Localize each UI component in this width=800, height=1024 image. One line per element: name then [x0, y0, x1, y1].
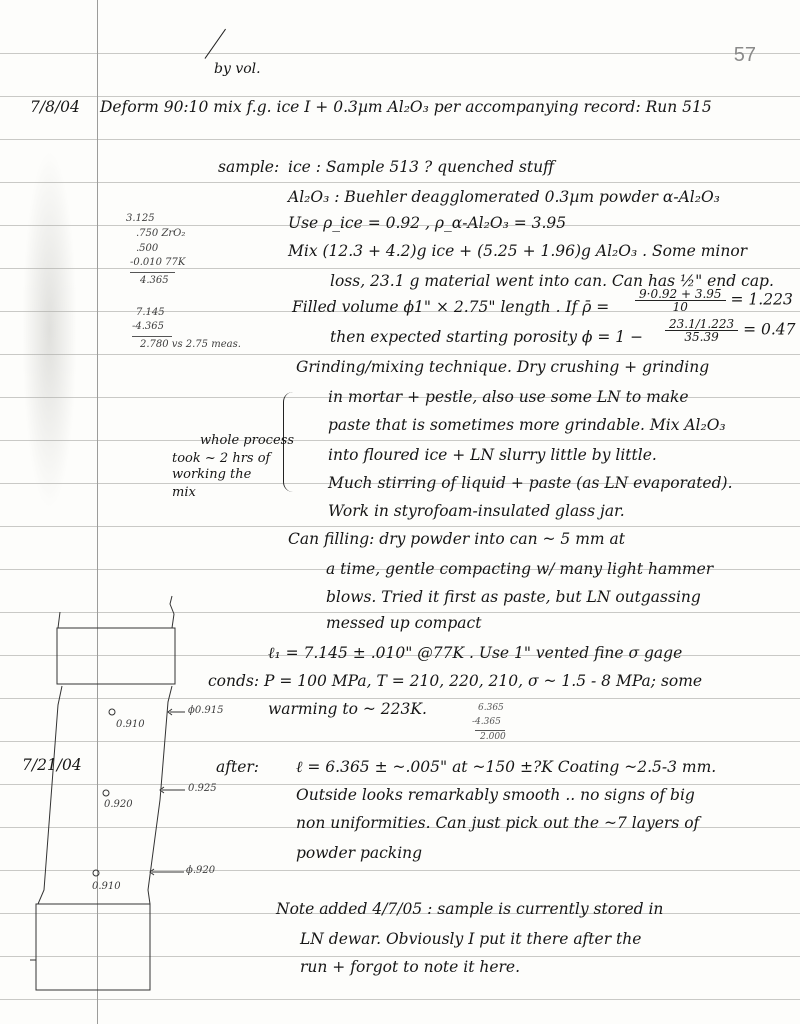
- annotation-by-vol: by vol.: [214, 62, 261, 76]
- inline-calc: 2.000: [480, 733, 506, 742]
- margin-calc: -0.010 77K: [130, 258, 185, 268]
- margin-calc: 2.780 vs 2.75 meas.: [140, 340, 241, 350]
- margin-calc: 4.365: [140, 276, 169, 286]
- side-note-line: whole process: [200, 434, 294, 447]
- calc-rule: [130, 272, 175, 273]
- note-line: paste that is sometimes more grindable. …: [328, 418, 726, 434]
- note-line: a time, gentle compacting w/ many light …: [326, 562, 713, 578]
- entry-title: Deform 90:10 mix f.g. ice I + 0.3µm Al₂O…: [100, 100, 712, 116]
- sample-label: sample:: [218, 160, 279, 176]
- sketch-center-label: 0.910: [116, 720, 145, 730]
- note-line: Outside looks remarkably smooth .. no si…: [296, 788, 695, 804]
- note-line: Use ρ_ice = 0.92 , ρ_α-Al₂O₃ = 3.95: [288, 216, 566, 232]
- sketch-diameter-label: ϕ0.915: [188, 706, 223, 716]
- later-note-line: Note added 4/7/05 : sample is currently …: [276, 902, 663, 918]
- sketch-center-label: 0.920: [104, 800, 133, 810]
- notebook-page: 57 by vol. 7/8/04 Deform 90:10 mix f.g. …: [0, 0, 800, 1024]
- margin-calc: -4.365: [132, 322, 164, 332]
- inline-calc: -4.365: [472, 718, 501, 727]
- note-line: messed up compact: [326, 616, 481, 632]
- note-line: Much stirring of liquid + paste (as LN e…: [328, 476, 733, 492]
- margin-calc: 7.145: [136, 308, 165, 318]
- inline-calc: 6.365: [478, 704, 504, 713]
- note-line: blows. Tried it first as paste, but LN o…: [326, 590, 701, 606]
- note-line: ice : Sample 513 ? quenched stuff: [288, 160, 554, 176]
- entry-date: 7/8/04: [30, 100, 80, 116]
- margin-calc: .500: [136, 244, 158, 254]
- later-note-line: LN dewar. Obviously I put it there after…: [300, 932, 641, 948]
- note-line: warming to ~ 223K.: [268, 702, 427, 718]
- calc-rule: [132, 336, 172, 337]
- note-line: Mix (12.3 + 4.2)g ice + (5.25 + 1.96)g A…: [288, 244, 747, 260]
- porosity-formula: 23.1/1.22335.39 = 0.47: [665, 318, 796, 343]
- later-note-line: run + forgot to note it here.: [300, 960, 520, 976]
- note-line: in mortar + pestle, also use some LN to …: [328, 390, 689, 406]
- note-line: Can filling: dry powder into can ~ 5 mm …: [288, 532, 625, 548]
- margin-calc: 3.125: [126, 214, 155, 224]
- note-line: Filled volume ϕ1" × 2.75" length . If ρ̄…: [292, 300, 609, 316]
- note-line: non uniformities. Can just pick out the …: [296, 816, 699, 832]
- calc-rule: [475, 730, 505, 731]
- annotation-arrow: [205, 29, 227, 59]
- entry-date: 7/21/04: [22, 758, 82, 774]
- margin-calc: .750 ZrO₂: [136, 229, 185, 239]
- page-smudge: [22, 150, 77, 510]
- sketch-diameter-label: ϕ.920: [186, 866, 215, 876]
- after-label: after:: [216, 760, 259, 776]
- note-line: ℓ₁ = 7.145 ± .010" @77K . Use 1" vented …: [268, 646, 682, 662]
- sketch-diameter-label: 0.925: [188, 784, 217, 794]
- note-line: then expected starting porosity ϕ = 1 −: [330, 330, 643, 346]
- page-number: 57: [734, 44, 756, 67]
- sketch-center-label: 0.910: [92, 882, 121, 892]
- note-line: into floured ice + LN slurry little by l…: [328, 448, 657, 464]
- note-line: Al₂O₃ : Buehler deagglomerated 0.3µm pow…: [288, 190, 720, 206]
- side-note-line: took ~ 2 hrs of: [172, 452, 270, 465]
- density-formula: 9·0.92 + 3.9510 = 1.223: [635, 288, 793, 313]
- sample-sketch: [0, 580, 280, 1000]
- side-note-line: mix: [172, 486, 196, 499]
- note-line: ℓ = 6.365 ± ~.005" at ~150 ±?K Coating ~…: [296, 760, 716, 776]
- note-line: Grinding/mixing technique. Dry crushing …: [296, 360, 709, 376]
- note-line: conds: P = 100 MPa, T = 210, 220, 210, σ…: [208, 674, 702, 690]
- side-note-line: working the: [172, 468, 251, 481]
- note-line: Work in styrofoam-insulated glass jar.: [328, 504, 625, 520]
- note-line: powder packing: [296, 846, 422, 862]
